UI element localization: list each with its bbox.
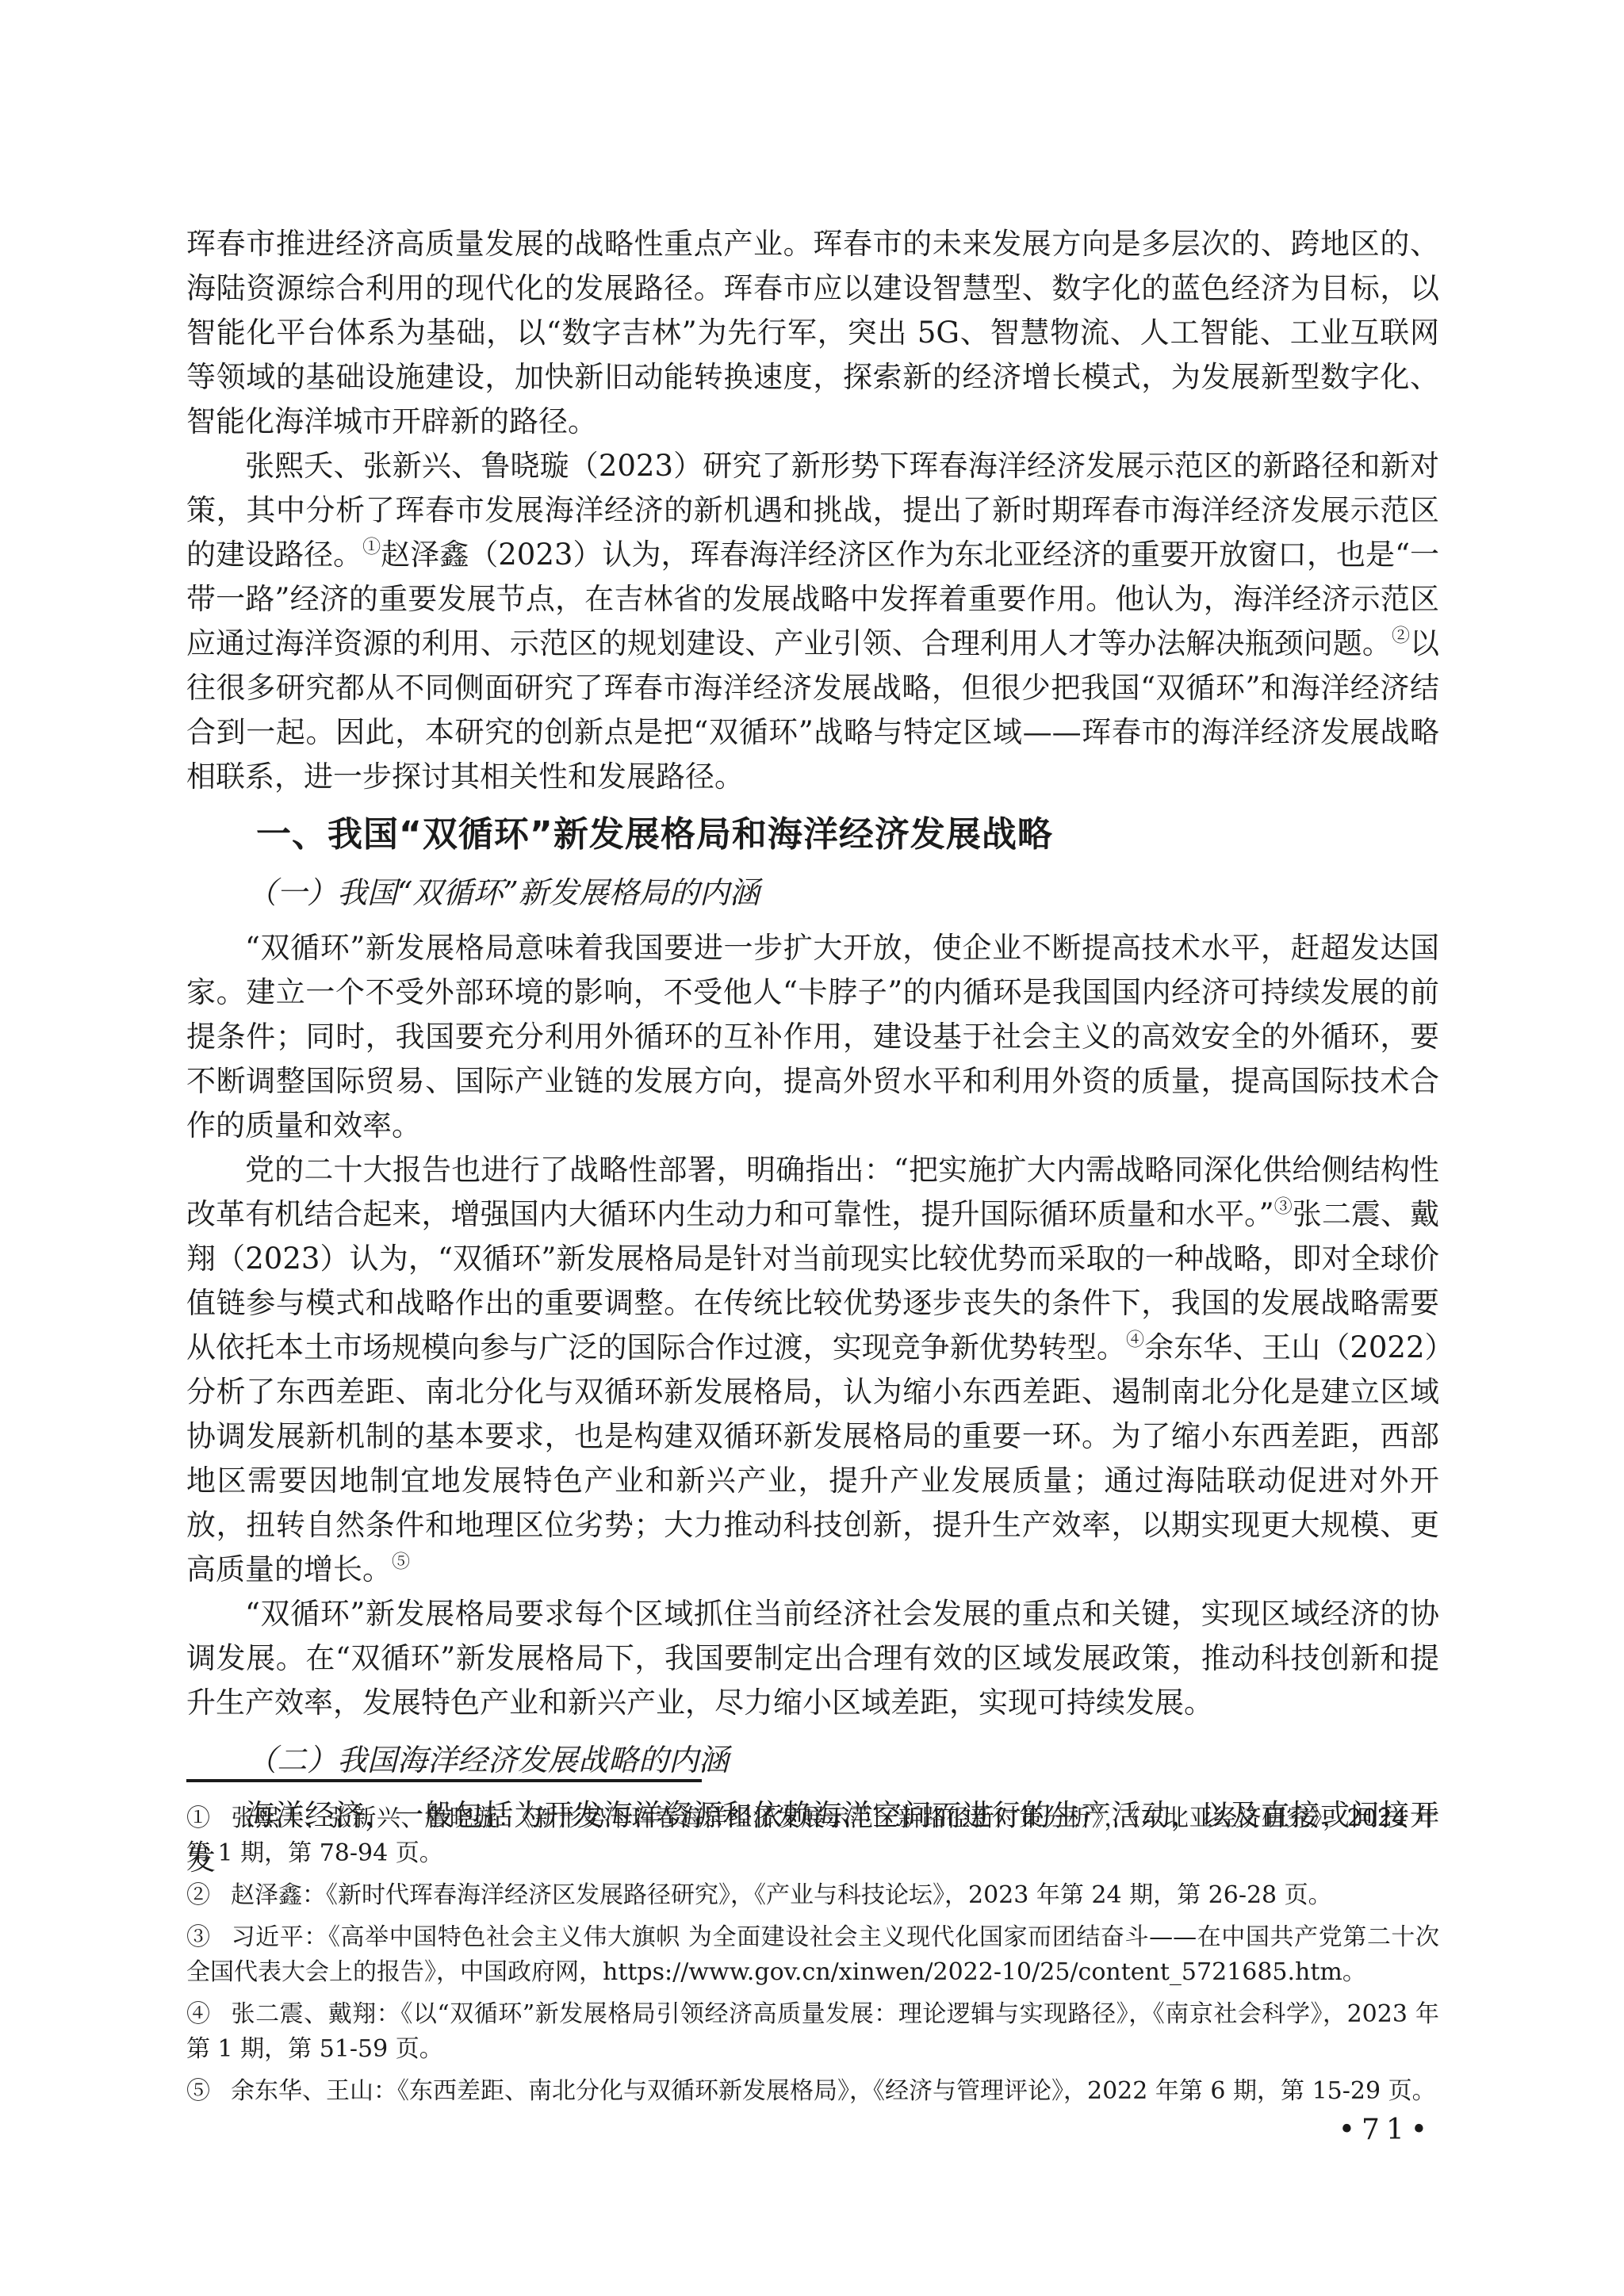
subsection-heading-2: （二）我国海洋经济发展战略的内涵	[186, 1738, 1439, 1782]
footnotes-section: ①张熙夭、张新兴、鲁晓璇：《新形势下珲春海洋经济发展示范区新路径新对策分析》，《…	[186, 1779, 1439, 2116]
paragraph-party-congress-report: 党的二十大报告也进行了战略性部署，明确指出：“把实施扩大内需战略同深化供给侧结构…	[186, 1148, 1439, 1592]
footnote-marker: ④	[186, 2000, 232, 2028]
page-number: •71•	[1339, 2114, 1434, 2146]
paragraph-literature-review: 张熙夭、张新兴、鲁晓璇（2023）研究了新形势下珲春海洋经济发展示范区的新路径和…	[186, 444, 1439, 799]
footnote-1: ①张熙夭、张新兴、鲁晓璇：《新形势下珲春海洋经济发展示范区新路径新对策分析》，《…	[186, 1801, 1439, 1871]
paragraph-regional-coordination: “双循环”新发展格局要求每个区域抓住当前经济社会发展的重点和关键，实现区域经济的…	[186, 1592, 1439, 1725]
subsection-heading-1: （一）我国“双循环”新发展格局的内涵	[186, 871, 1439, 915]
footnote-text: 张二震、戴翔：《以“双循环”新发展格局引领经济高质量发展：理论逻辑与实现路径》，…	[186, 2000, 1439, 2063]
footnote-marker: ⑤	[186, 2077, 231, 2105]
paragraph-continuation: 珲春市推进经济高质量发展的战略性重点产业。珲春市的未来发展方向是多层次的、跨地区…	[186, 222, 1439, 444]
footnote-text: 赵泽鑫：《新时代珲春海洋经济区发展路径研究》，《产业与科技论坛》，2023 年第…	[231, 1881, 1332, 1909]
footnote-text: 习近平：《高举中国特色社会主义伟大旗帜 为全面建设社会主义现代化国家而团结奋斗—…	[186, 1923, 1439, 1986]
footnote-marker: ③	[186, 1923, 232, 1951]
article-body: 珲春市推进经济高质量发展的战略性重点产业。珲春市的未来发展方向是多层次的、跨地区…	[186, 222, 1439, 1882]
paper-page: 珲春市推进经济高质量发展的战略性重点产业。珲春市的未来发展方向是多层次的、跨地区…	[0, 0, 1624, 2296]
footnote-divider	[186, 1779, 702, 1782]
footnote-text: 余东华、王山：《东西差距、南北分化与双循环新发展格局》，《经济与管理评论》，20…	[231, 2077, 1436, 2105]
paragraph-dual-circulation-meaning: “双循环”新发展格局意味着我国要进一步扩大开放，使企业不断提高技术水平，赶超发达…	[186, 926, 1439, 1148]
footnote-4: ④张二震、戴翔：《以“双循环”新发展格局引领经济高质量发展：理论逻辑与实现路径》…	[186, 1997, 1439, 2067]
footnote-2: ②赵泽鑫：《新时代珲春海洋经济区发展路径研究》，《产业与科技论坛》，2023 年…	[186, 1878, 1439, 1913]
footnote-marker: ②	[186, 1881, 231, 1909]
section-heading: 一、我国“双循环”新发展格局和海洋经济发展战略	[186, 810, 1439, 859]
footnote-text: 张熙夭、张新兴、鲁晓璇：《新形势下珲春海洋经济发展示范区新路径新对策分析》，《东…	[186, 1804, 1439, 1867]
footnote-marker: ①	[186, 1804, 232, 1832]
footnote-3: ③习近平：《高举中国特色社会主义伟大旗帜 为全面建设社会主义现代化国家而团结奋斗…	[186, 1920, 1439, 1990]
footnote-5: ⑤余东华、王山：《东西差距、南北分化与双循环新发展格局》，《经济与管理评论》，2…	[186, 2074, 1439, 2109]
